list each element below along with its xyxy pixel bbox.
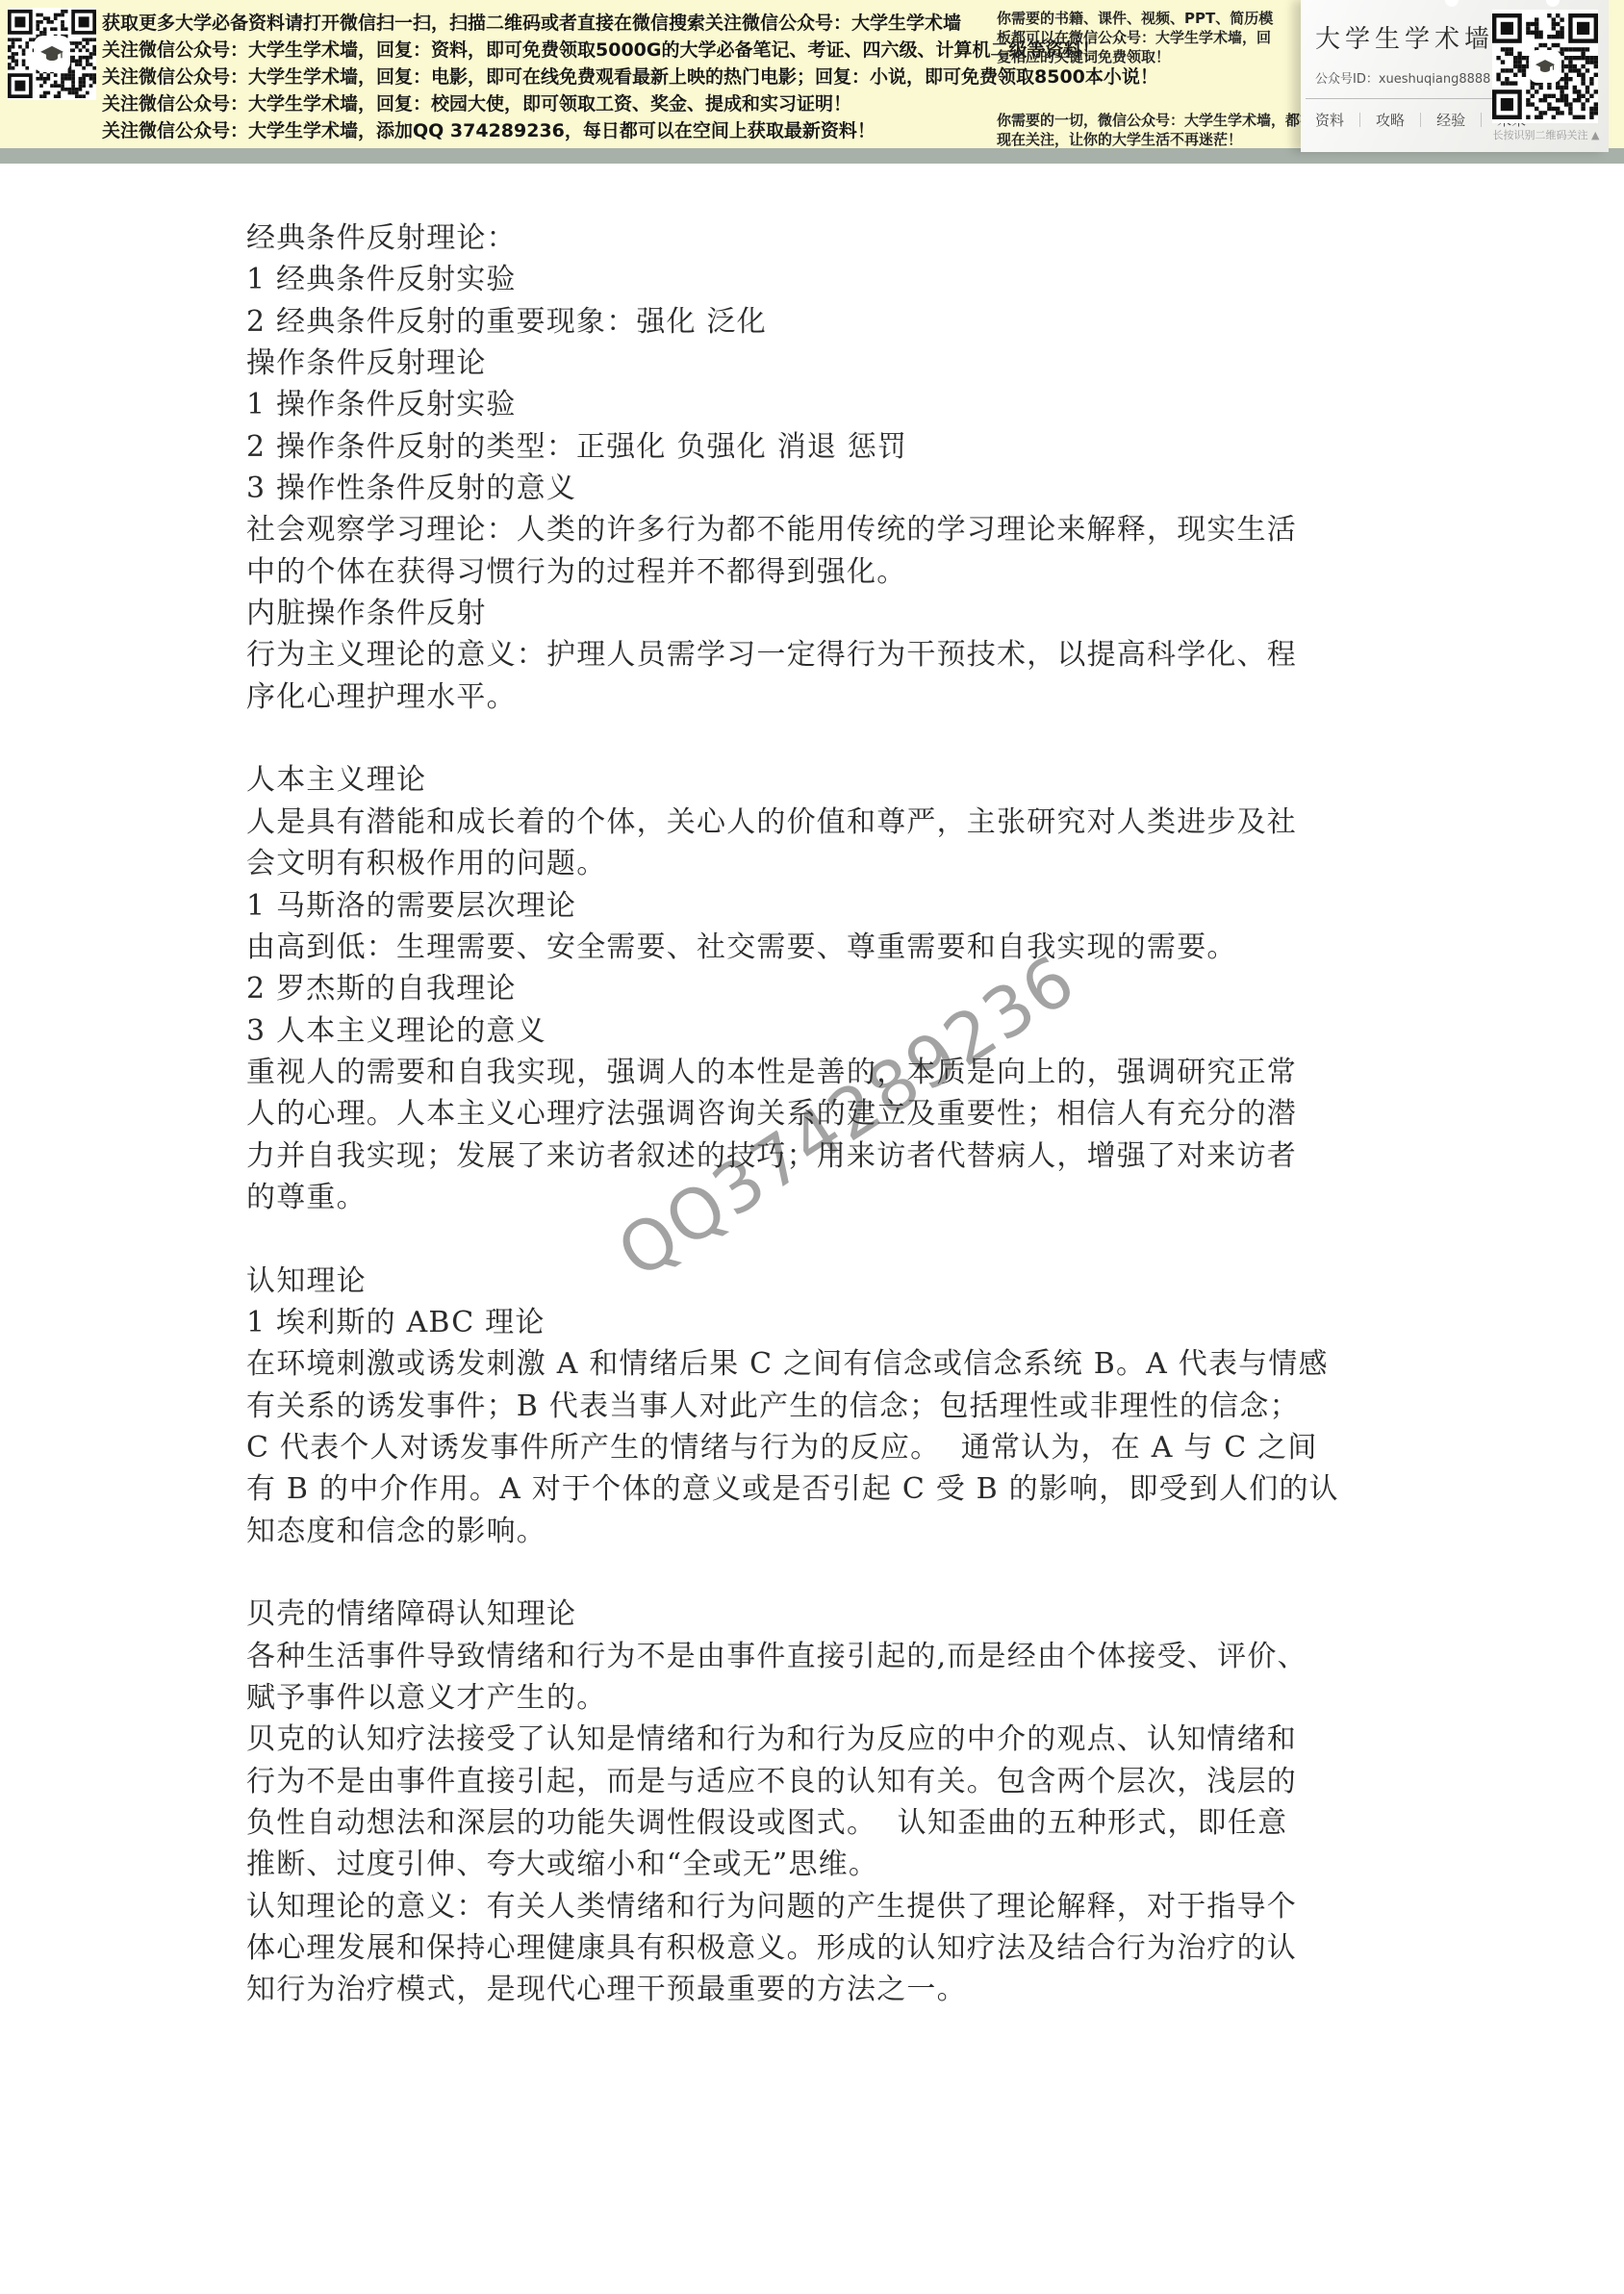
document-line: 在环境刺激或诱发刺激 A 和情绪后果 C 之间有信念或信念系统 B。A 代表与情… — [246, 1343, 1410, 1385]
card-divider — [1306, 98, 1498, 99]
banner-line: 关注微信公众号：大学生学术墙，回复：电影，即可在线免费观看最新上映的热门电影；回… — [102, 64, 1158, 90]
document-line: 2 操作条件反射的类型：正强化 负强化 消退 惩罚 — [246, 426, 1410, 468]
banner-notice-all: 你需要的一切，微信公众号：大学生学术墙，都有！ 现在关注，让你的大学生活不再迷茫… — [997, 111, 1329, 149]
card-deco-dot — [1546, 0, 1560, 7]
document-line: 会文明有积极作用的问题。 — [246, 843, 1410, 884]
document-line: 认知理论的意义：有关人类情绪和行为问题的产生提供了理论解释，对于指导个 — [246, 1886, 1410, 1927]
qr-code-icon[interactable] — [1492, 10, 1598, 123]
document-line: 人的心理。人本主义心理疗法强调咨询关系的建立及重要性；相信人有充分的潜 — [246, 1093, 1410, 1134]
document-line: 的尊重。 — [246, 1177, 1410, 1218]
qr-code-icon[interactable] — [8, 8, 96, 100]
document-line: 体心理发展和保持心理健康具有积极意义。形成的认知疗法及结合行为治疗的认 — [246, 1927, 1410, 1969]
document-line: 人是具有潜能和成长着的个体，关心人的价值和尊严，主张研究对人类进步及社 — [246, 802, 1410, 843]
card-nav-item: 经验 — [1405, 112, 1465, 129]
document-line: 推断、过度引伸、夸大或缩小和“全或无”思维。 — [246, 1844, 1410, 1885]
card-nav-item: 攻略 — [1344, 112, 1405, 129]
document-line: 操作条件反射理论 — [246, 343, 1410, 384]
document-line — [246, 1552, 1410, 1593]
banner-notice-all-line2: 现在关注，让你的大学生活不再迷茫！ — [997, 130, 1329, 149]
card-info: 大学生学术墙 公众号ID：xueshuqiang8888 资料攻略经验未来 — [1315, 19, 1498, 130]
document-line: 行为主义理论的意义：护理人员需学习一定得行为干预技术，以提高科学化、程 — [246, 634, 1410, 675]
document-line: 3 操作性条件反射的意义 — [246, 468, 1410, 509]
document-line: 有 B 的中介作用。A 对于个体的意义或是否引起 C 受 B 的影响，即受到人们… — [246, 1468, 1410, 1510]
banner-notice-all-line1: 你需要的一切，微信公众号：大学生学术墙，都有！ — [997, 111, 1329, 130]
card-nav-item: 资料 — [1315, 112, 1344, 129]
document-line: 负性自动想法和深层的功能失调性假设或图式。 认知歪曲的五种形式，即任意 — [246, 1802, 1410, 1844]
card-deco-dot — [1445, 0, 1459, 7]
document-body: QQ374289236 经典条件反射理论：1 经典条件反射实验2 经典条件反射的… — [0, 164, 1624, 2294]
document-line: 贝壳的情绪障碍认知理论 — [246, 1593, 1410, 1635]
document-line: 经典条件反射理论： — [246, 217, 1410, 259]
document-line: 2 经典条件反射的重要现象：强化 泛化 — [246, 301, 1410, 343]
page: 获取更多大学必备资料请打开微信扫一扫，扫描二维码或者直接在微信搜索关注微信公众号… — [0, 0, 1624, 2294]
banner-notice-keywords: 你需要的书籍、课件、视频、PPT、简历模板都可以在微信公众号：大学生学术墙，回复… — [997, 9, 1281, 66]
document-line: 3 人本主义理论的意义 — [246, 1010, 1410, 1052]
account-card: 大学生学术墙 公众号ID：xueshuqiang8888 资料攻略经验未来 — [1301, 0, 1609, 152]
document-line: 知态度和信念的影响。 — [246, 1511, 1410, 1552]
document-line: 赋予事件以意义才产生的。 — [246, 1677, 1410, 1719]
document-line: C 代表个人对诱发事件所产生的情绪与行为的反应。 通常认为，在 A 与 C 之间 — [246, 1427, 1410, 1468]
document-line: 知行为治疗模式，是现代心理干预最重要的方法之一。 — [246, 1969, 1410, 2010]
document-line — [246, 718, 1410, 759]
document-line: 行为不是由事件直接引起，而是与适应不良的认知有关。包含两个层次，浅层的 — [246, 1761, 1410, 1802]
qr-caption: 长按识别二维码关注 ▲ — [1492, 127, 1600, 142]
document-line: 各种生活事件导致情绪和行为不是由事件直接引起的,而是经由个体接受、评价、 — [246, 1636, 1410, 1677]
document-line: 序化心理护理水平。 — [246, 676, 1410, 718]
graduation-cap-icon — [1531, 52, 1560, 81]
document-line: 1 操作条件反射实验 — [246, 384, 1410, 425]
promo-banner: 获取更多大学必备资料请打开微信扫一扫，扫描二维码或者直接在微信搜索关注微信公众号… — [0, 0, 1624, 164]
document-line: 由高到低：生理需要、安全需要、社交需要、尊重需要和自我实现的需要。 — [246, 927, 1410, 968]
document-line: 内脏操作条件反射 — [246, 593, 1410, 634]
card-account-id: 公众号ID：xueshuqiang8888 — [1315, 68, 1498, 87]
document-line: 社会观察学习理论：人类的许多行为都不能用传统的学习理论来解释，现实生活 — [246, 509, 1410, 550]
document-lines: 经典条件反射理论：1 经典条件反射实验2 经典条件反射的重要现象：强化 泛化操作… — [246, 217, 1410, 2011]
card-nav: 资料攻略经验未来 — [1315, 110, 1498, 130]
card-title: 大学生学术墙 — [1315, 19, 1498, 55]
document-line: 力并自我实现；发展了来访者叙述的技巧；用来访者代替病人，增强了对来访者 — [246, 1135, 1410, 1177]
card-qr-area: 长按识别二维码关注 ▲ — [1492, 10, 1600, 142]
document-line: 2 罗杰斯的自我理论 — [246, 968, 1410, 1009]
document-line: 认知理论 — [246, 1261, 1410, 1302]
graduation-cap-icon — [36, 38, 68, 70]
document-line — [246, 1218, 1410, 1260]
document-line: 中的个体在获得习惯行为的过程并不都得到强化。 — [246, 551, 1410, 593]
document-line: 1 埃利斯的 ABC 理论 — [246, 1302, 1410, 1343]
document-line: 人本主义理论 — [246, 759, 1410, 801]
document-line: 1 经典条件反射实验 — [246, 259, 1410, 300]
document-line: 重视人的需要和自我实现，强调人的本性是善的，本质是向上的，强调研究正常 — [246, 1052, 1410, 1093]
document-line: 1 马斯洛的需要层次理论 — [246, 885, 1410, 927]
document-line: 贝克的认知疗法接受了认知是情绪和行为和行为反应的中介的观点、认知情绪和 — [246, 1719, 1410, 1760]
document-line: 有关系的诱发事件；B 代表当事人对此产生的信念；包括理性或非理性的信念； — [246, 1386, 1410, 1427]
